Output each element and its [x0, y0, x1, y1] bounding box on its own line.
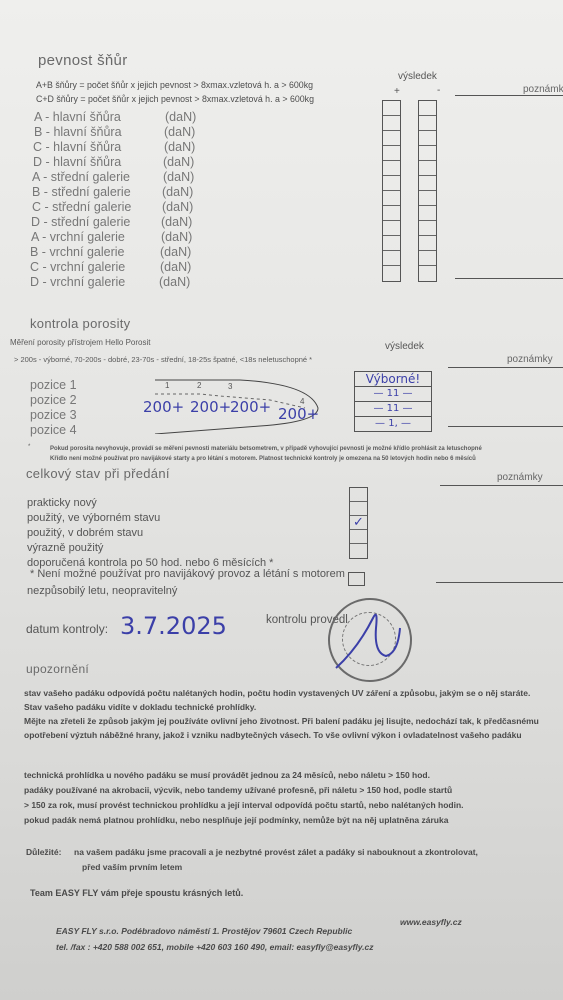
result-cell[interactable]: [383, 146, 400, 161]
porosity-footnote-2: Křídlo není možné používat pro navijákov…: [50, 456, 476, 462]
unfit-notes-line: [436, 582, 563, 583]
footer-contact: tel. /fax : +420 588 002 651, mobile +42…: [56, 940, 374, 955]
signature-icon: [328, 598, 408, 678]
overall-checkbox[interactable]: [350, 544, 367, 558]
minus-result-column[interactable]: [418, 100, 437, 282]
porosity-measurement[interactable]: 200+: [190, 398, 231, 416]
warning-line: > 150 za rok, musí provést technickou pr…: [24, 798, 464, 813]
overall-option-label: výrazně použitý: [27, 542, 103, 554]
result-cell[interactable]: [419, 251, 436, 266]
result-cell[interactable]: [383, 101, 400, 116]
result-cell[interactable]: [419, 116, 436, 131]
diagram-number: 1: [165, 381, 169, 390]
line-row-label: D - vrchní galerie: [30, 275, 125, 290]
result-cell[interactable]: [383, 251, 400, 266]
line-row-unit: (daN): [164, 140, 195, 154]
result-cell[interactable]: [383, 236, 400, 251]
result-cell[interactable]: [383, 131, 400, 146]
overall-option-label: použitý, v dobrém stavu: [27, 527, 143, 539]
line-row-unit: (daN): [159, 275, 190, 289]
result-cell[interactable]: [419, 206, 436, 221]
result-cell[interactable]: [419, 176, 436, 191]
porosity-result-label: výsledek: [385, 341, 424, 352]
line-row-label: B - střední galerie: [32, 185, 131, 200]
line-row-unit: (daN): [163, 170, 194, 184]
warning-line: opotřebení výztuh náběžné hrany, jakož i…: [24, 728, 522, 743]
date-label: datum kontroly:: [26, 622, 108, 636]
notes-line: [455, 95, 563, 96]
formula-cd: C+D šňůry = počet šňůr x jejich pevnost …: [36, 94, 314, 104]
result-cell[interactable]: [419, 101, 436, 116]
overall-title: celkový stav při předání: [26, 466, 170, 481]
diagram-number: 3: [228, 382, 232, 391]
overall-option-label: použitý, ve výborném stavu: [27, 512, 160, 524]
warning-line: technická prohlídka u nového padáku se m…: [24, 768, 430, 783]
overall-option-label: prakticky nový: [27, 497, 97, 509]
line-row-label: A - vrchní galerie: [31, 230, 125, 245]
porosity-result-cell[interactable]: Výborné!: [355, 372, 431, 387]
line-row-unit: (daN): [162, 200, 193, 214]
plus-result-column[interactable]: [382, 100, 401, 282]
line-row-label: B - vrchní galerie: [30, 245, 124, 260]
date-value[interactable]: 3.7.2025: [120, 612, 227, 640]
result-cell[interactable]: [383, 266, 400, 281]
porosity-title: kontrola porosity: [30, 316, 130, 331]
porosity-result-cell[interactable]: — 11 —: [355, 402, 431, 417]
line-row-label: D - hlavní šňůra: [33, 155, 121, 170]
result-cell[interactable]: [383, 176, 400, 191]
porosity-measurement[interactable]: 200+: [143, 398, 184, 416]
footer-website[interactable]: www.easyfly.cz: [400, 915, 462, 930]
porosity-position-label: pozice 2: [30, 393, 77, 408]
check-mark-icon: ✓: [350, 516, 367, 530]
warning-line: padáky používané na akrobacii, výcvik, n…: [24, 783, 452, 798]
team-text: Team EASY FLY vám přeje spoustu krásných…: [30, 886, 243, 901]
line-row-unit: (daN): [160, 260, 191, 274]
line-row-unit: (daN): [161, 215, 192, 229]
line-row-label: A - střední galerie: [32, 170, 130, 185]
formula-ab: A+B šňůry = počet šňůr x jejich pevnost …: [36, 80, 313, 90]
important-label: Důležité:: [26, 845, 61, 860]
overall-checkbox-column[interactable]: ✓: [349, 487, 368, 559]
result-cell[interactable]: [419, 161, 436, 176]
result-cell[interactable]: [419, 146, 436, 161]
porosity-footnote-1: Pokud porosita nevyhovuje, provádí se mě…: [50, 446, 482, 452]
result-cell[interactable]: [383, 191, 400, 206]
unfit-option-label: nezpůsobilý letu, neopravitelný: [27, 585, 177, 597]
line-row-label: B - hlavní šňůra: [34, 125, 122, 140]
line-row-label: C - hlavní šňůra: [33, 140, 121, 155]
warning-title: upozornění: [26, 662, 89, 676]
line-row-unit: (daN): [165, 110, 196, 124]
overall-checkbox[interactable]: [350, 502, 367, 516]
result-cell[interactable]: [383, 116, 400, 131]
plus-label: +: [394, 86, 400, 97]
result-label: výsledek: [398, 71, 437, 82]
porosity-notes-line: [448, 367, 563, 368]
overall-notes-line: [440, 485, 563, 486]
overall-notes-label: poznámky: [497, 472, 543, 483]
result-cell[interactable]: [419, 131, 436, 146]
minus-label: -: [437, 85, 440, 96]
porosity-footnote-marker: *: [28, 444, 30, 450]
line-row-unit: (daN): [162, 185, 193, 199]
line-row-label: C - střední galerie: [32, 200, 131, 215]
footer-company: EASY FLY s.r.o. Podébradovo náměstí 1. P…: [56, 924, 352, 939]
overall-footnote: * Není možné používat pro navijákový pro…: [30, 568, 345, 580]
result-cell[interactable]: [383, 161, 400, 176]
line-row-unit: (daN): [160, 245, 191, 259]
overall-checkbox[interactable]: [350, 488, 367, 502]
warning-line: pokud padák nemá platnou prohlídku, nebo…: [24, 813, 448, 828]
result-cell[interactable]: [419, 221, 436, 236]
line-row-unit: (daN): [161, 230, 192, 244]
warning-line: Mějte na zřeteli že způsob jakým jej pou…: [24, 714, 539, 729]
line-row-label: C - vrchní galerie: [30, 260, 125, 275]
porosity-position-label: pozice 4: [30, 423, 77, 438]
porosity-notes-label: poznámky: [507, 354, 553, 365]
porosity-result-cell[interactable]: — 11 —: [355, 387, 431, 402]
diagram-number: 2: [197, 381, 201, 390]
line-row-unit: (daN): [163, 155, 194, 169]
porosity-measurement[interactable]: 200+: [230, 398, 271, 416]
line-row-label: A - hlavní šňůra: [34, 110, 121, 125]
result-cell[interactable]: [383, 206, 400, 221]
unfit-checkbox[interactable]: [348, 572, 365, 586]
porosity-position-label: pozice 3: [30, 408, 77, 423]
result-cell[interactable]: [383, 221, 400, 236]
overall-checkbox[interactable]: [350, 530, 367, 544]
important-text: na vašem padáku jsme pracovali a je nezb…: [74, 845, 478, 860]
porosity-notes-line-bottom: [448, 426, 563, 427]
porosity-method: Měření porosity přístrojem Hello Porosit: [10, 338, 151, 347]
result-cell[interactable]: [419, 266, 436, 281]
result-cell[interactable]: [419, 191, 436, 206]
line-row-unit: (daN): [164, 125, 195, 139]
line-strength-notes-label: poznámky: [523, 84, 563, 95]
notes-line-bottom: [455, 278, 563, 279]
inspection-stamp: [328, 598, 412, 682]
line-strength-title: pevnost šňůr: [38, 52, 127, 69]
porosity-results-table: Výborné!— 11 —— 11 —— 1, —: [354, 371, 432, 432]
line-row-label: D - střední galerie: [31, 215, 130, 230]
porosity-position-label: pozice 1: [30, 378, 77, 393]
porosity-measurement[interactable]: 200+: [278, 405, 319, 423]
result-cell[interactable]: [419, 236, 436, 251]
porosity-scale: > 200s - výborné, 70-200s - dobré, 23-70…: [14, 355, 312, 364]
warning-line: stav vašeho padáku odpovídá počtu naléta…: [24, 686, 530, 701]
important-text-2: před vaším prvním letem: [82, 860, 182, 875]
overall-checkbox[interactable]: ✓: [350, 516, 367, 530]
warning-line: Stav vašeho padáku vidíte v dokladu tech…: [24, 700, 256, 715]
porosity-result-cell[interactable]: — 1, —: [355, 417, 431, 431]
